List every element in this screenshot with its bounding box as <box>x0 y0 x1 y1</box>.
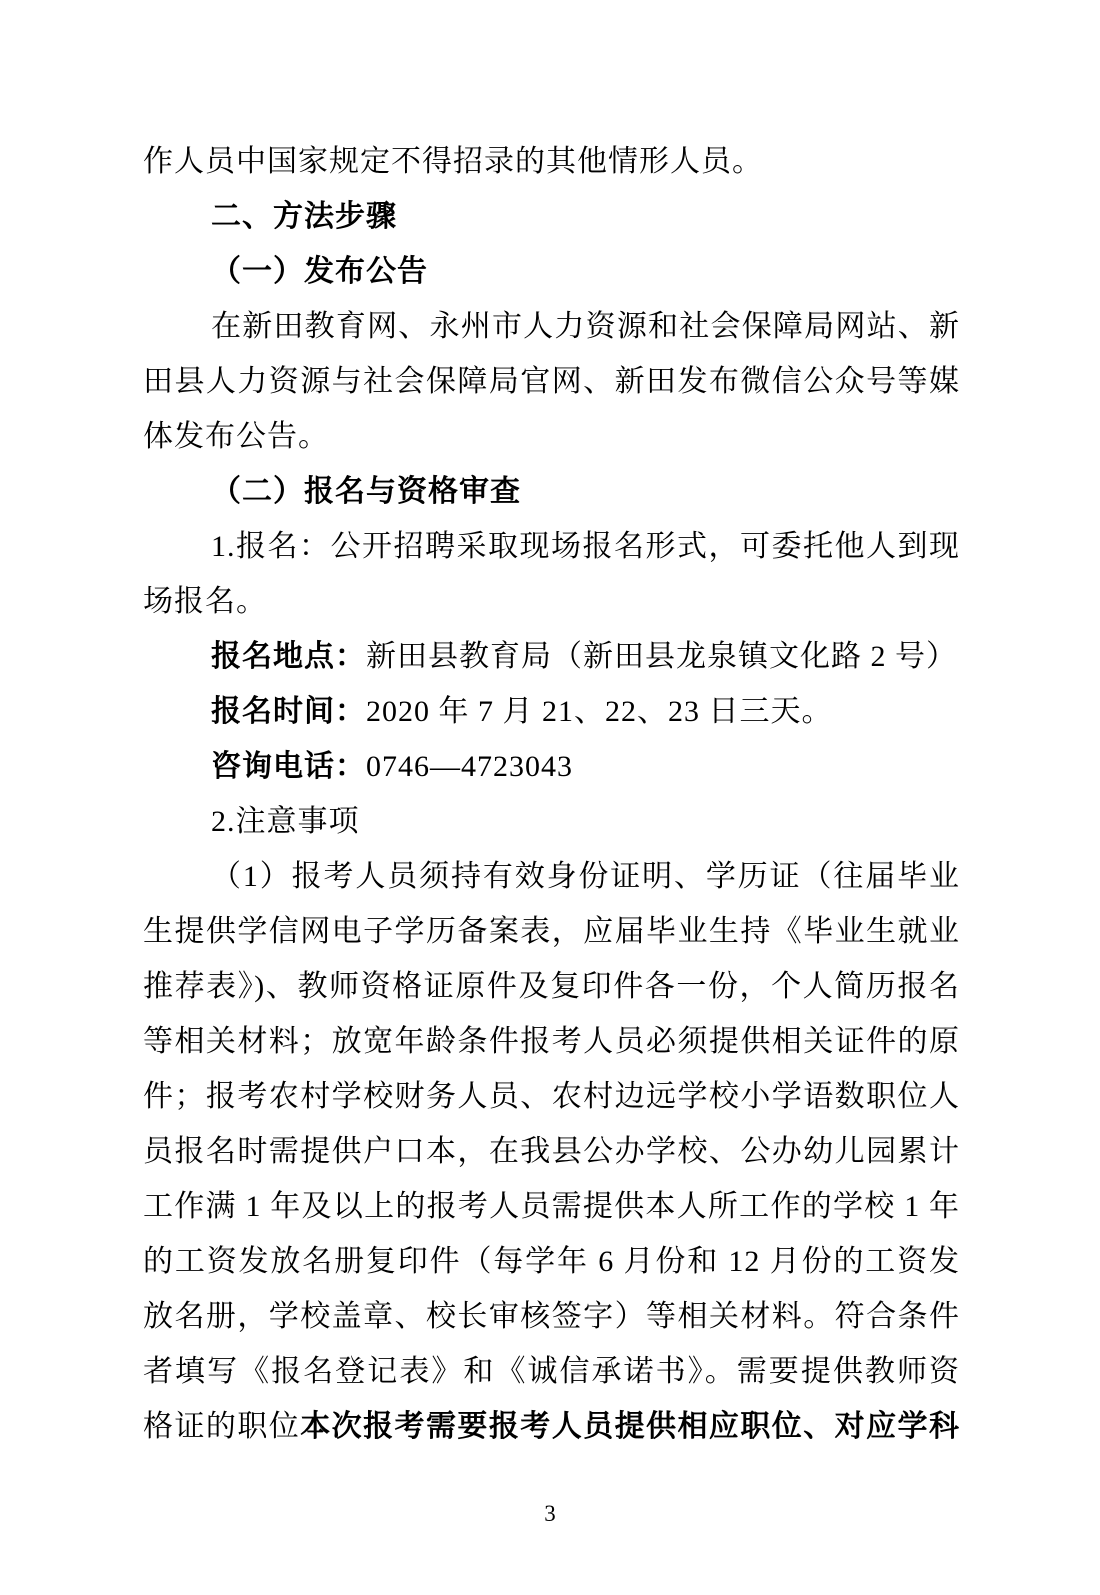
text-line: 报名时间：2020 年 7 月 21、22、23 日三天。 <box>143 684 960 739</box>
bold-text-segment: （二）报名与资格审查 <box>211 475 521 508</box>
bold-text-segment: 咨询电话： <box>211 750 366 783</box>
heading-line: （二）报名与资格审查 <box>143 464 960 519</box>
text-line: 报名地点：新田县教育局（新田县龙泉镇文化路 2 号） <box>143 629 960 684</box>
text-segment: 作人员中国家规定不得招录的其他情形人员。 <box>143 145 763 178</box>
text-line: 2.注意事项 <box>143 794 960 849</box>
text-segment: 的工资发放名册复印件（每学年 6 月份和 12 月份的工资发 <box>143 1245 960 1278</box>
bold-text-segment: （一）发布公告 <box>211 255 428 288</box>
text-segment: 格证的职位 <box>143 1410 300 1443</box>
text-line: 田县人力资源与社会保障局官网、新田发布微信公众号等媒 <box>143 354 960 409</box>
text-segment: 放名册，学校盖章、校长审核签字）等相关材料。符合条件 <box>143 1300 960 1333</box>
text-line: 在新田教育网、永州市人力资源和社会保障局网站、新 <box>143 299 960 354</box>
text-segment: 2.注意事项 <box>211 805 360 838</box>
text-segment: 等相关材料；放宽年龄条件报考人员必须提供相关证件的原 <box>143 1025 960 1058</box>
heading-line: 二、方法步骤 <box>143 189 960 244</box>
text-line: 推荐表》)、教师资格证原件及复印件各一份，个人简历报名 <box>143 959 960 1014</box>
document-page: 作人员中国家规定不得招录的其他情形人员。二、方法步骤（一）发布公告在新田教育网、… <box>0 0 1100 1595</box>
text-line: 格证的职位本次报考需要报考人员提供相应职位、对应学科 <box>143 1399 960 1454</box>
text-line: 工作满 1 年及以上的报考人员需提供本人所工作的学校 1 年 <box>143 1179 960 1234</box>
text-segment: 场报名。 <box>143 585 267 618</box>
text-line: 的工资发放名册复印件（每学年 6 月份和 12 月份的工资发 <box>143 1234 960 1289</box>
text-segment: 0746—4723043 <box>366 750 573 783</box>
text-segment: 在新田教育网、永州市人力资源和社会保障局网站、新 <box>211 310 960 343</box>
text-line: 件；报考农村学校财务人员、农村边远学校小学语数职位人 <box>143 1069 960 1124</box>
text-line: 场报名。 <box>143 574 960 629</box>
text-segment: 工作满 1 年及以上的报考人员需提供本人所工作的学校 1 年 <box>143 1190 960 1223</box>
text-segment: 田县人力资源与社会保障局官网、新田发布微信公众号等媒 <box>143 365 960 398</box>
text-line: 者填写《报名登记表》和《诚信承诺书》。需要提供教师资 <box>143 1344 960 1399</box>
text-line: 员报名时需提供户口本，在我县公办学校、公办幼儿园累计 <box>143 1124 960 1179</box>
text-line: 放名册，学校盖章、校长审核签字）等相关材料。符合条件 <box>143 1289 960 1344</box>
bold-text-segment: 二、方法步骤 <box>211 200 397 233</box>
text-segment: （1）报考人员须持有效身份证明、学历证（往届毕业 <box>211 860 960 893</box>
text-segment: 体发布公告。 <box>143 420 329 453</box>
text-line: 作人员中国家规定不得招录的其他情形人员。 <box>143 134 960 189</box>
text-segment: 员报名时需提供户口本，在我县公办学校、公办幼儿园累计 <box>143 1135 960 1168</box>
text-line: 1.报名：公开招聘采取现场报名形式，可委托他人到现 <box>143 519 960 574</box>
text-segment: 推荐表》)、教师资格证原件及复印件各一份，个人简历报名 <box>143 970 960 1003</box>
text-segment: 者填写《报名登记表》和《诚信承诺书》。需要提供教师资 <box>143 1355 960 1388</box>
text-line: 体发布公告。 <box>143 409 960 464</box>
text-line: （1）报考人员须持有效身份证明、学历证（往届毕业 <box>143 849 960 904</box>
text-segment: 新田县教育局（新田县龙泉镇文化路 2 号） <box>366 640 957 673</box>
document-body: 作人员中国家规定不得招录的其他情形人员。二、方法步骤（一）发布公告在新田教育网、… <box>143 134 960 1454</box>
page-number: 3 <box>0 1496 1100 1532</box>
bold-text-segment: 本次报考需要报考人员提供相应职位、对应学科 <box>300 1410 960 1443</box>
text-line: 咨询电话：0746—4723043 <box>143 739 960 794</box>
text-line: 生提供学信网电子学历备案表，应届毕业生持《毕业生就业 <box>143 904 960 959</box>
bold-text-segment: 报名时间： <box>211 695 366 728</box>
heading-line: （一）发布公告 <box>143 244 960 299</box>
text-segment: 生提供学信网电子学历备案表，应届毕业生持《毕业生就业 <box>143 915 960 948</box>
text-segment: 2020 年 7 月 21、22、23 日三天。 <box>366 695 833 728</box>
text-segment: 1.报名：公开招聘采取现场报名形式，可委托他人到现 <box>211 530 960 563</box>
text-line: 等相关材料；放宽年龄条件报考人员必须提供相关证件的原 <box>143 1014 960 1069</box>
text-segment: 件；报考农村学校财务人员、农村边远学校小学语数职位人 <box>143 1080 960 1113</box>
bold-text-segment: 报名地点： <box>211 640 366 673</box>
